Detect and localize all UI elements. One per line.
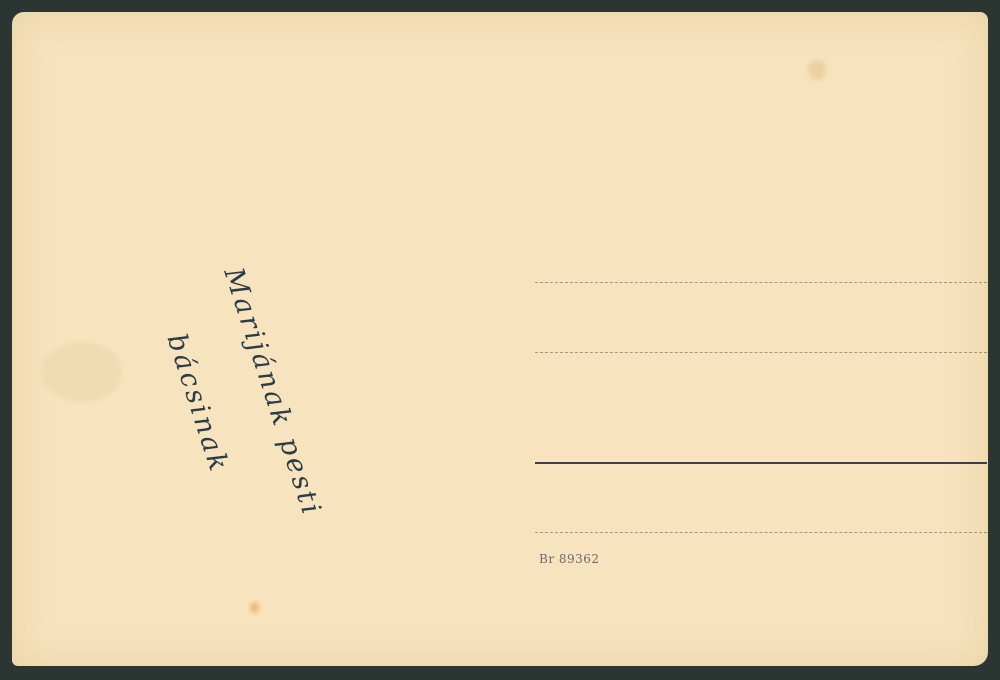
stain-mid-left [42, 342, 122, 402]
postcard-back: Marijának pesti bácsinak Br 89362 [12, 12, 988, 666]
address-line-3 [535, 462, 987, 464]
address-line-2 [535, 352, 987, 353]
handwritten-line-2: bácsinak [161, 330, 235, 477]
handwritten-line-1: Marijának pesti [218, 264, 328, 521]
address-line-4 [535, 532, 987, 533]
stain-bottom-left [250, 602, 259, 613]
stain-top-right [808, 60, 826, 80]
address-line-1 [535, 282, 987, 283]
printer-code: Br 89362 [539, 552, 600, 566]
